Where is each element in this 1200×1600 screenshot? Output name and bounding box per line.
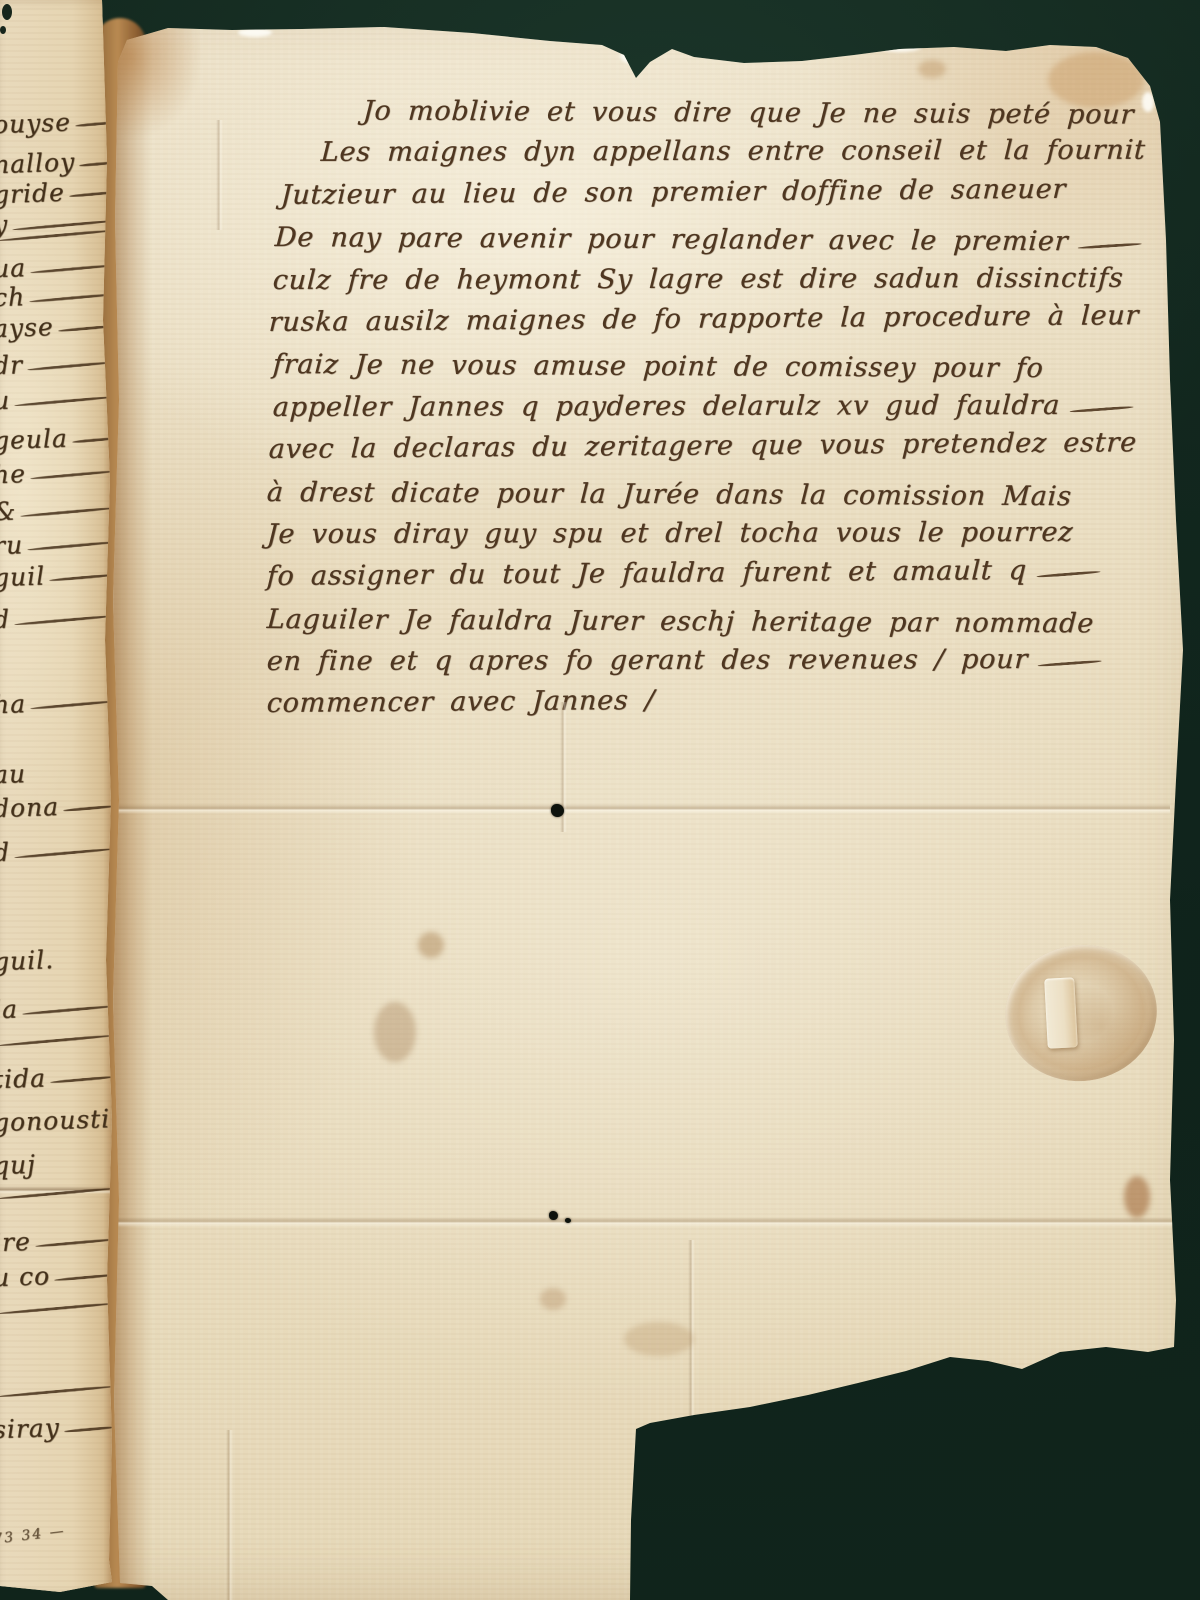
faint-stain xyxy=(918,60,946,78)
foxing-stain xyxy=(418,932,444,958)
line-filler-dash xyxy=(14,614,115,626)
torn-edge-fiber xyxy=(238,28,272,37)
fragment-text: ch xyxy=(0,282,26,312)
line-filler-dash xyxy=(63,805,115,813)
line-filler-dash xyxy=(27,541,115,552)
fragment-text: tida xyxy=(0,1063,46,1094)
fragment-text: guil. xyxy=(0,945,55,976)
fragment-text: 73 34 — xyxy=(0,1523,66,1548)
fragment-line: guil. xyxy=(0,943,115,976)
line-filler-dash xyxy=(30,700,115,710)
line-filler-dash xyxy=(30,470,115,480)
handwriting-line: Jutzieur au lieu de son premier doffine … xyxy=(266,162,1180,212)
fragment-text: au xyxy=(0,759,27,789)
fragment-text: quj xyxy=(0,1150,36,1180)
ink-speck xyxy=(0,26,6,34)
fragment-line: ayse xyxy=(0,310,115,343)
fragment-line: ha xyxy=(0,686,115,719)
wormhole xyxy=(549,1211,558,1220)
faint-stain xyxy=(624,1322,694,1356)
torn-edge-fiber xyxy=(878,40,922,52)
fragment-line: ru xyxy=(0,527,115,560)
torn-edge-fiber xyxy=(620,48,650,64)
fragment-text: ru xyxy=(0,530,24,560)
line-filler-dash xyxy=(1038,660,1102,668)
fragment-line: ua xyxy=(0,250,115,283)
fragment-text: ayse xyxy=(0,312,54,343)
fragment-line: u co xyxy=(0,1259,115,1292)
edge-stain xyxy=(1048,52,1144,108)
fragment-text: nalloy xyxy=(0,147,76,179)
seal-paper-tab xyxy=(1044,977,1078,1048)
manuscript-photograph: ouysenalloygrideyuachaysedrugeulahe&rugu… xyxy=(0,0,1200,1600)
main-manuscript-page: Jo moblivie et vous dire que Je ne suis … xyxy=(0,0,1200,1600)
fragment-line: dona xyxy=(0,790,115,823)
line-filler-dash xyxy=(64,1426,115,1433)
fragment-line: dr xyxy=(0,347,115,380)
handwriting-text: commencer avec Jannes / xyxy=(266,686,656,720)
fragment-text: & xyxy=(0,496,17,526)
wormhole xyxy=(565,1218,571,1223)
handwriting-line: avec la declaras du zeritagere que vous … xyxy=(266,416,1180,466)
fragment-text: gonousti xyxy=(0,1104,111,1137)
wormhole xyxy=(551,804,564,817)
fragment-line: la xyxy=(0,991,115,1024)
fragment-line: guil xyxy=(0,559,115,592)
line-filler-dash xyxy=(20,507,115,518)
fragment-text: d xyxy=(0,605,11,635)
line-filler-dash xyxy=(1078,243,1142,250)
line-filler-dash xyxy=(0,1302,115,1315)
fragment-line: tida xyxy=(0,1061,115,1094)
line-filler-dash xyxy=(35,1238,115,1248)
fragment-text: ouyse xyxy=(0,108,71,140)
horizontal-fold-crease-upper xyxy=(116,804,1170,814)
fragment-line xyxy=(0,1382,115,1395)
handwriting-text: Jutzieur au lieu de son premier doffine … xyxy=(280,174,1067,211)
fragment-line: ire xyxy=(0,1224,115,1257)
horizontal-fold-crease-lower xyxy=(116,1217,1174,1227)
fragment-text: la xyxy=(0,994,18,1024)
line-filler-dash xyxy=(49,573,115,582)
fragment-text: guil xyxy=(0,561,46,592)
faint-stain xyxy=(540,1288,566,1310)
torn-edge-fiber xyxy=(982,36,1010,47)
line-filler-dash xyxy=(30,264,115,274)
fragment-line: geula xyxy=(0,422,115,455)
fragment-text: geula xyxy=(0,424,68,456)
handwriting-line: fo assigner du tout Je fauldra furent et… xyxy=(266,543,1180,593)
edge-stain xyxy=(1124,1176,1150,1218)
handwriting-line: commencer avec Jannes / xyxy=(266,670,1180,720)
line-filler-dash xyxy=(29,293,115,303)
fragment-line xyxy=(0,1031,115,1044)
line-filler-dash xyxy=(0,1187,115,1200)
fragment-line: d xyxy=(0,834,115,867)
fragment-line: gonousti xyxy=(0,1104,115,1137)
line-filler-dash xyxy=(1070,406,1134,414)
fragment-line: he xyxy=(0,456,115,489)
line-filler-dash xyxy=(0,1385,115,1398)
handwriting-text: avec la declaras du zeritagere que vous … xyxy=(268,428,1138,466)
vertical-crease xyxy=(216,120,223,230)
line-filler-dash xyxy=(14,847,115,859)
handwriting-line: ruska ausilz maignes de fo rapporte la p… xyxy=(266,289,1180,339)
fragment-line: nalloy xyxy=(0,146,115,179)
fragment-text: dona xyxy=(0,792,60,823)
line-filler-dash xyxy=(0,229,115,242)
line-filler-dash xyxy=(1037,571,1101,579)
fragment-line: & xyxy=(0,493,115,526)
left-page-fragment: ouysenalloygrideyuachaysedrugeulahe&rugu… xyxy=(0,0,120,1600)
fragment-text: ha xyxy=(0,689,27,719)
fragment-line: u xyxy=(0,382,115,415)
fragment-line: siray xyxy=(0,1411,115,1444)
fragment-text: u co xyxy=(0,1261,51,1292)
fragment-line: quj xyxy=(0,1147,115,1180)
fragment-line xyxy=(0,1299,115,1312)
ink-speck xyxy=(2,4,12,20)
fragment-text: he xyxy=(0,459,26,489)
fragment-text: ua xyxy=(0,253,27,283)
fragment-text: siray xyxy=(0,1413,60,1444)
line-filler-dash xyxy=(54,1273,115,1281)
fragment-line: 73 34 — xyxy=(0,1517,116,1547)
fragment-text: u xyxy=(0,386,11,416)
fragment-line: ouyse xyxy=(0,106,115,139)
handwriting-block: Jo moblivie et vous dire que Je ne suis … xyxy=(266,84,1178,720)
line-filler-dash xyxy=(27,361,115,372)
seal-impression xyxy=(996,935,1165,1091)
fragment-text: d xyxy=(0,838,11,868)
handwriting-text: fo assigner du tout Je fauldra furent et… xyxy=(266,556,1028,593)
line-filler-dash xyxy=(14,395,115,407)
edge-stain xyxy=(688,22,732,46)
line-filler-dash xyxy=(0,1034,115,1047)
fragment-text: gride xyxy=(0,178,65,209)
fragment-text: dr xyxy=(0,350,23,380)
fragment-line: au xyxy=(0,756,115,789)
fragment-line: ch xyxy=(0,279,115,312)
handwriting-text: ruska ausilz maignes de fo rapporte la p… xyxy=(268,300,1140,338)
line-filler-dash xyxy=(50,1075,115,1084)
line-filler-dash xyxy=(22,1005,115,1016)
fragment-line: gride xyxy=(0,176,115,209)
foxing-stain xyxy=(374,1002,416,1062)
fragment-line: d xyxy=(0,601,115,634)
fragment-text: ire xyxy=(0,1227,31,1257)
vertical-crease xyxy=(226,1430,233,1600)
